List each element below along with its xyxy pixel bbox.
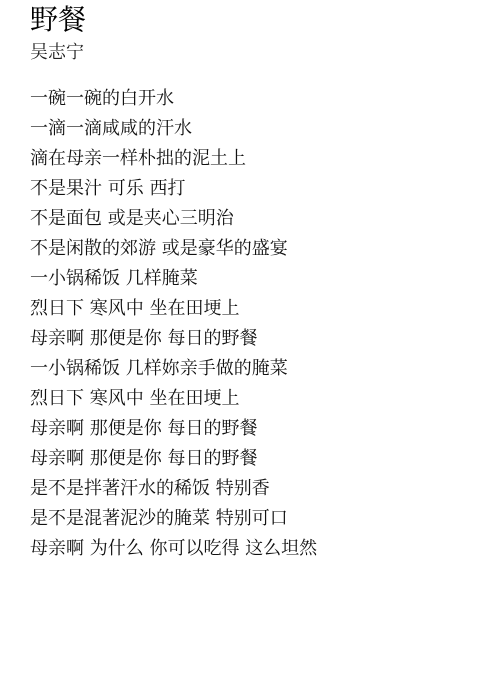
song-title: 野餐 — [30, 2, 490, 38]
lyric-line: 一小锅稀饭 几样妳亲手做的腌菜 — [30, 354, 490, 384]
lyric-line: 不是果汁 可乐 西打 — [30, 174, 490, 204]
lyric-line: 母亲啊 那便是你 每日的野餐 — [30, 414, 490, 444]
lyric-line: 一小锅稀饭 几样腌菜 — [30, 264, 490, 294]
lyric-line: 母亲啊 为什么 你可以吃得 这么坦然 — [30, 534, 490, 564]
lyrics-list: 一碗一碗的白开水 一滴一滴咸咸的汗水 滴在母亲一样朴拙的泥土上 不是果汁 可乐 … — [30, 84, 490, 564]
lyric-line: 烈日下 寒风中 坐在田埂上 — [30, 384, 490, 414]
lyric-line: 一滴一滴咸咸的汗水 — [30, 114, 490, 144]
lyric-line: 一碗一碗的白开水 — [30, 84, 490, 114]
lyric-line: 不是面包 或是夹心三明治 — [30, 204, 490, 234]
lyric-line: 母亲啊 那便是你 每日的野餐 — [30, 444, 490, 474]
song-author: 吴志宁 — [30, 40, 490, 66]
lyric-line: 是不是混著泥沙的腌菜 特别可口 — [30, 504, 490, 534]
lyric-line: 烈日下 寒风中 坐在田埂上 — [30, 294, 490, 324]
lyric-line: 母亲啊 那便是你 每日的野餐 — [30, 324, 490, 354]
lyric-line: 滴在母亲一样朴拙的泥土上 — [30, 144, 490, 174]
lyric-line: 是不是拌著汗水的稀饭 特别香 — [30, 474, 490, 504]
lyrics-page: 野餐 吴志宁 一碗一碗的白开水 一滴一滴咸咸的汗水 滴在母亲一样朴拙的泥土上 不… — [30, 0, 490, 564]
lyric-line: 不是闲散的郊游 或是豪华的盛宴 — [30, 234, 490, 264]
